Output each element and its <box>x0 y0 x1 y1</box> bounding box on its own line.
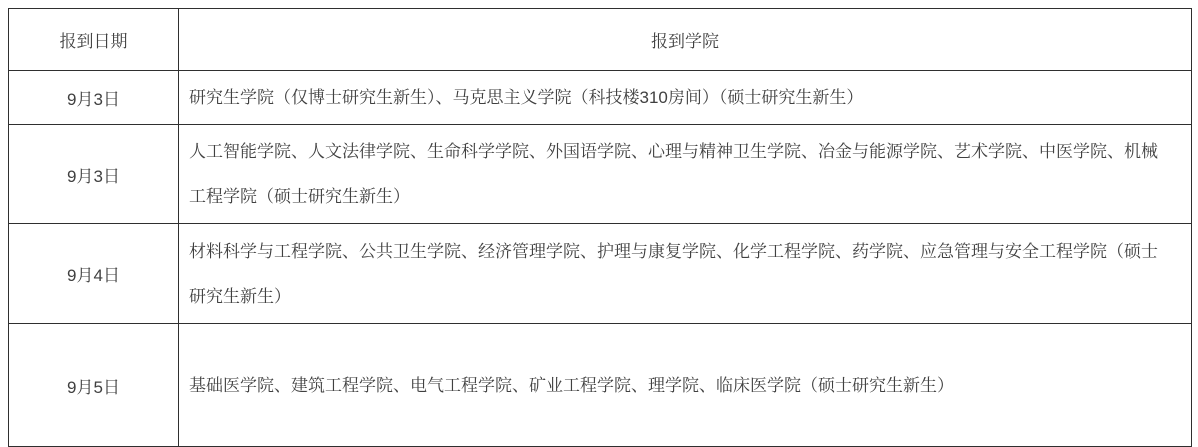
column-header-report-date: 报到日期 <box>9 9 179 71</box>
registration-schedule: 报到日期 报到学院 9月3日 研究生学院（仅博士研究生新生）、马克思主义学院（科… <box>8 8 1192 446</box>
table-row: 9月3日 研究生学院（仅博士研究生新生）、马克思主义学院（科技楼310房间）（硕… <box>9 71 1192 125</box>
column-header-report-college: 报到学院 <box>179 9 1192 71</box>
report-date-cell: 9月5日 <box>9 324 179 447</box>
report-schedule-table: 报到日期 报到学院 9月3日 研究生学院（仅博士研究生新生）、马克思主义学院（科… <box>8 8 1192 446</box>
report-college-cell: 基础医学院、建筑工程学院、电气工程学院、矿业工程学院、理学院、临床医学院（硕士研… <box>179 324 1192 447</box>
table-header-row: 报到日期 报到学院 <box>9 9 1192 71</box>
table-row: 9月5日 基础医学院、建筑工程学院、电气工程学院、矿业工程学院、理学院、临床医学… <box>9 324 1192 447</box>
report-college-cell: 材料科学与工程学院、公共卫生学院、经济管理学院、护理与康复学院、化学工程学院、药… <box>179 224 1192 324</box>
report-date-cell: 9月3日 <box>9 71 179 125</box>
report-date-cell: 9月3日 <box>9 125 179 224</box>
table-row: 9月3日 人工智能学院、人文法律学院、生命科学学院、外国语学院、心理与精神卫生学… <box>9 125 1192 224</box>
report-college-cell: 研究生学院（仅博士研究生新生）、马克思主义学院（科技楼310房间）（硕士研究生新… <box>179 71 1192 125</box>
table-row: 9月4日 材料科学与工程学院、公共卫生学院、经济管理学院、护理与康复学院、化学工… <box>9 224 1192 324</box>
report-date-cell: 9月4日 <box>9 224 179 324</box>
report-college-cell: 人工智能学院、人文法律学院、生命科学学院、外国语学院、心理与精神卫生学院、冶金与… <box>179 125 1192 224</box>
